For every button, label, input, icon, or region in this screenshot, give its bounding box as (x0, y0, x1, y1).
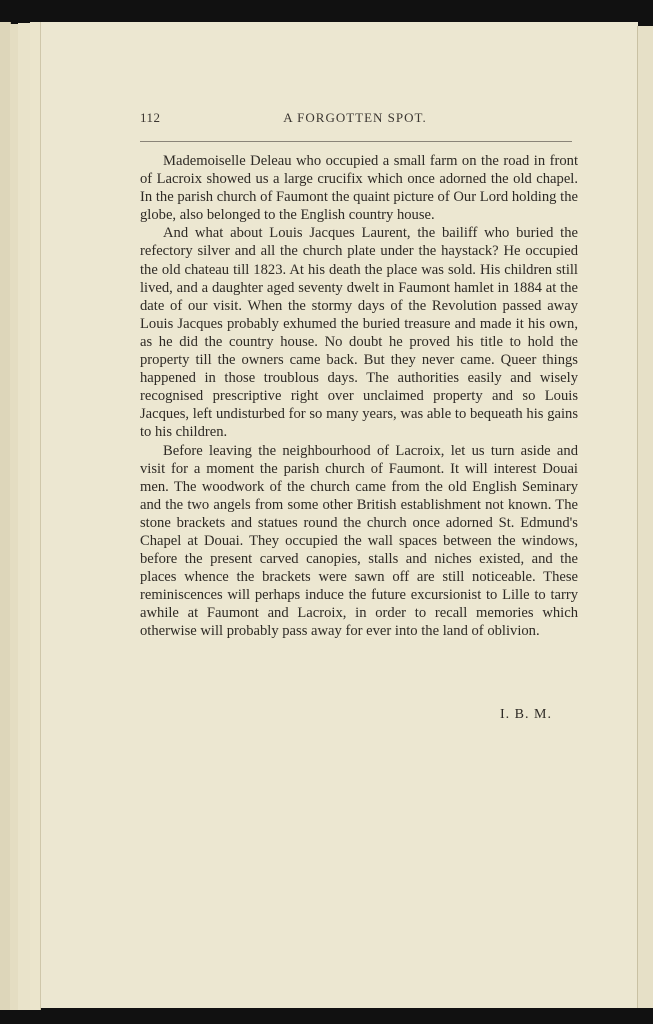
running-title: A FORGOTTEN SPOT. (140, 110, 570, 126)
paragraph: Mademoiselle Deleau who occupied a small… (140, 152, 578, 224)
body-text: Mademoiselle Deleau who occupied a small… (140, 152, 578, 641)
paragraph: Before leaving the neighbourhood of Lacr… (140, 442, 578, 641)
facing-page-edge (637, 26, 653, 1008)
page-header: 112 A FORGOTTEN SPOT. (140, 110, 570, 130)
paragraph: And what about Louis Jacques Laurent, th… (140, 224, 578, 441)
header-rule (140, 141, 572, 142)
author-signature: I. B. M. (500, 707, 552, 723)
